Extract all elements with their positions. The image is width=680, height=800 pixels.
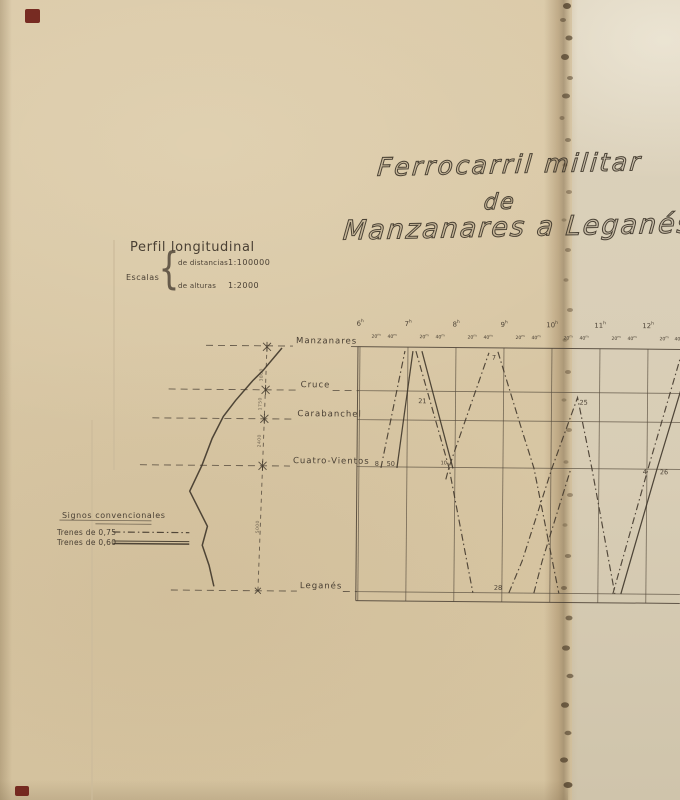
minute-unit: m	[633, 335, 637, 339]
time-annotation: 21	[418, 397, 426, 405]
svg-text:11h: 11h	[594, 320, 606, 330]
hour-unit: h	[361, 318, 364, 324]
svg-text:6h: 6h	[357, 318, 364, 328]
time-annotation: 4	[643, 468, 647, 476]
diagram-canvas: 3800 1750 2400 5000 Manzanares Cruce Car…	[0, 0, 680, 800]
hour-unit: h	[651, 321, 654, 327]
svg-text:40m: 40m	[387, 333, 397, 340]
minute-unit: m	[473, 334, 477, 338]
svg-text:20m: 20m	[611, 335, 621, 342]
profile-datum-line: 3800 1750 2400 5000	[254, 342, 271, 594]
minute-unit: m	[569, 334, 573, 338]
scanned-railway-diagram-page: { "page": { "paper_color": "#d9c8a7", "i…	[0, 0, 680, 800]
svg-text:40m: 40m	[435, 333, 445, 340]
red-corner-mark-bottom	[15, 786, 29, 796]
minute-unit: m	[585, 335, 589, 339]
station-label-carabanchel: Carabanchel	[297, 409, 362, 420]
svg-text:20m: 20m	[515, 334, 525, 341]
minute-unit: m	[521, 334, 525, 338]
time-annotation: 25	[579, 399, 587, 407]
time-annotation: 28	[494, 584, 502, 592]
station-label-manzanares: Manzanares	[296, 336, 357, 347]
station-label-cruce: Cruce	[301, 380, 331, 390]
time-axis: 6h 7h 8h 9h 10h 11h 12h 20m 40m 20m 40m …	[356, 318, 680, 342]
svg-text:40m: 40m	[627, 335, 637, 342]
minute-unit: m	[665, 335, 669, 339]
time-annotation: 50	[387, 460, 395, 468]
minute-unit: m	[489, 334, 493, 338]
hour-unit: h	[555, 320, 558, 326]
time-annotation: 26	[660, 468, 668, 476]
hour-unit: h	[409, 319, 412, 325]
svg-text:7h: 7h	[405, 319, 412, 329]
longitudinal-profile-line	[189, 347, 282, 587]
hour-unit: h	[603, 320, 606, 326]
red-corner-mark-top	[25, 9, 40, 23]
svg-text:8h: 8h	[453, 319, 460, 329]
hour-label: 12	[642, 322, 651, 330]
segment-distance-label: 1750	[257, 397, 263, 410]
minute-unit: m	[537, 334, 541, 338]
train-lines-060	[396, 351, 680, 594]
time-annotation: 7	[492, 354, 496, 362]
time-annotation: 8	[375, 460, 379, 468]
train-lines-075	[380, 351, 680, 595]
station-label-cuatro-vientos: Cuatro-Vientos	[293, 456, 370, 467]
svg-text:20m: 20m	[371, 333, 381, 340]
minute-unit: m	[393, 333, 397, 337]
hour-label: 10	[546, 321, 555, 329]
svg-text:40m: 40m	[531, 334, 541, 341]
svg-text:10h: 10h	[546, 320, 558, 330]
legend-sample-lines	[59, 520, 189, 544]
svg-text:20m: 20m	[659, 335, 669, 342]
station-label-leganes: Leganés	[300, 580, 343, 591]
time-annotation: 10	[441, 460, 447, 466]
hour-unit: h	[505, 319, 508, 325]
minute-unit: m	[425, 333, 429, 337]
svg-text:9h: 9h	[501, 319, 508, 329]
svg-text:20m: 20m	[467, 334, 477, 341]
hour-label: 11	[594, 322, 603, 330]
svg-text:40m: 40m	[674, 335, 680, 342]
train-time-annotations: 8 50 21 10 7 25 28 4 26	[374, 353, 669, 594]
svg-text:40m: 40m	[483, 334, 493, 341]
svg-text:20m: 20m	[419, 333, 429, 340]
minute-unit: m	[377, 333, 381, 337]
svg-text:12h: 12h	[642, 321, 654, 331]
minute-label: 40	[674, 336, 680, 342]
segment-distance-label: 5000	[255, 520, 261, 533]
train-graph-grid	[356, 347, 680, 604]
minute-unit: m	[441, 333, 445, 337]
svg-text:40m: 40m	[579, 335, 589, 342]
torn-edge-specks	[560, 3, 574, 788]
hour-unit: h	[457, 319, 460, 325]
minute-unit: m	[617, 335, 621, 339]
segment-distance-label: 2400	[257, 434, 263, 447]
